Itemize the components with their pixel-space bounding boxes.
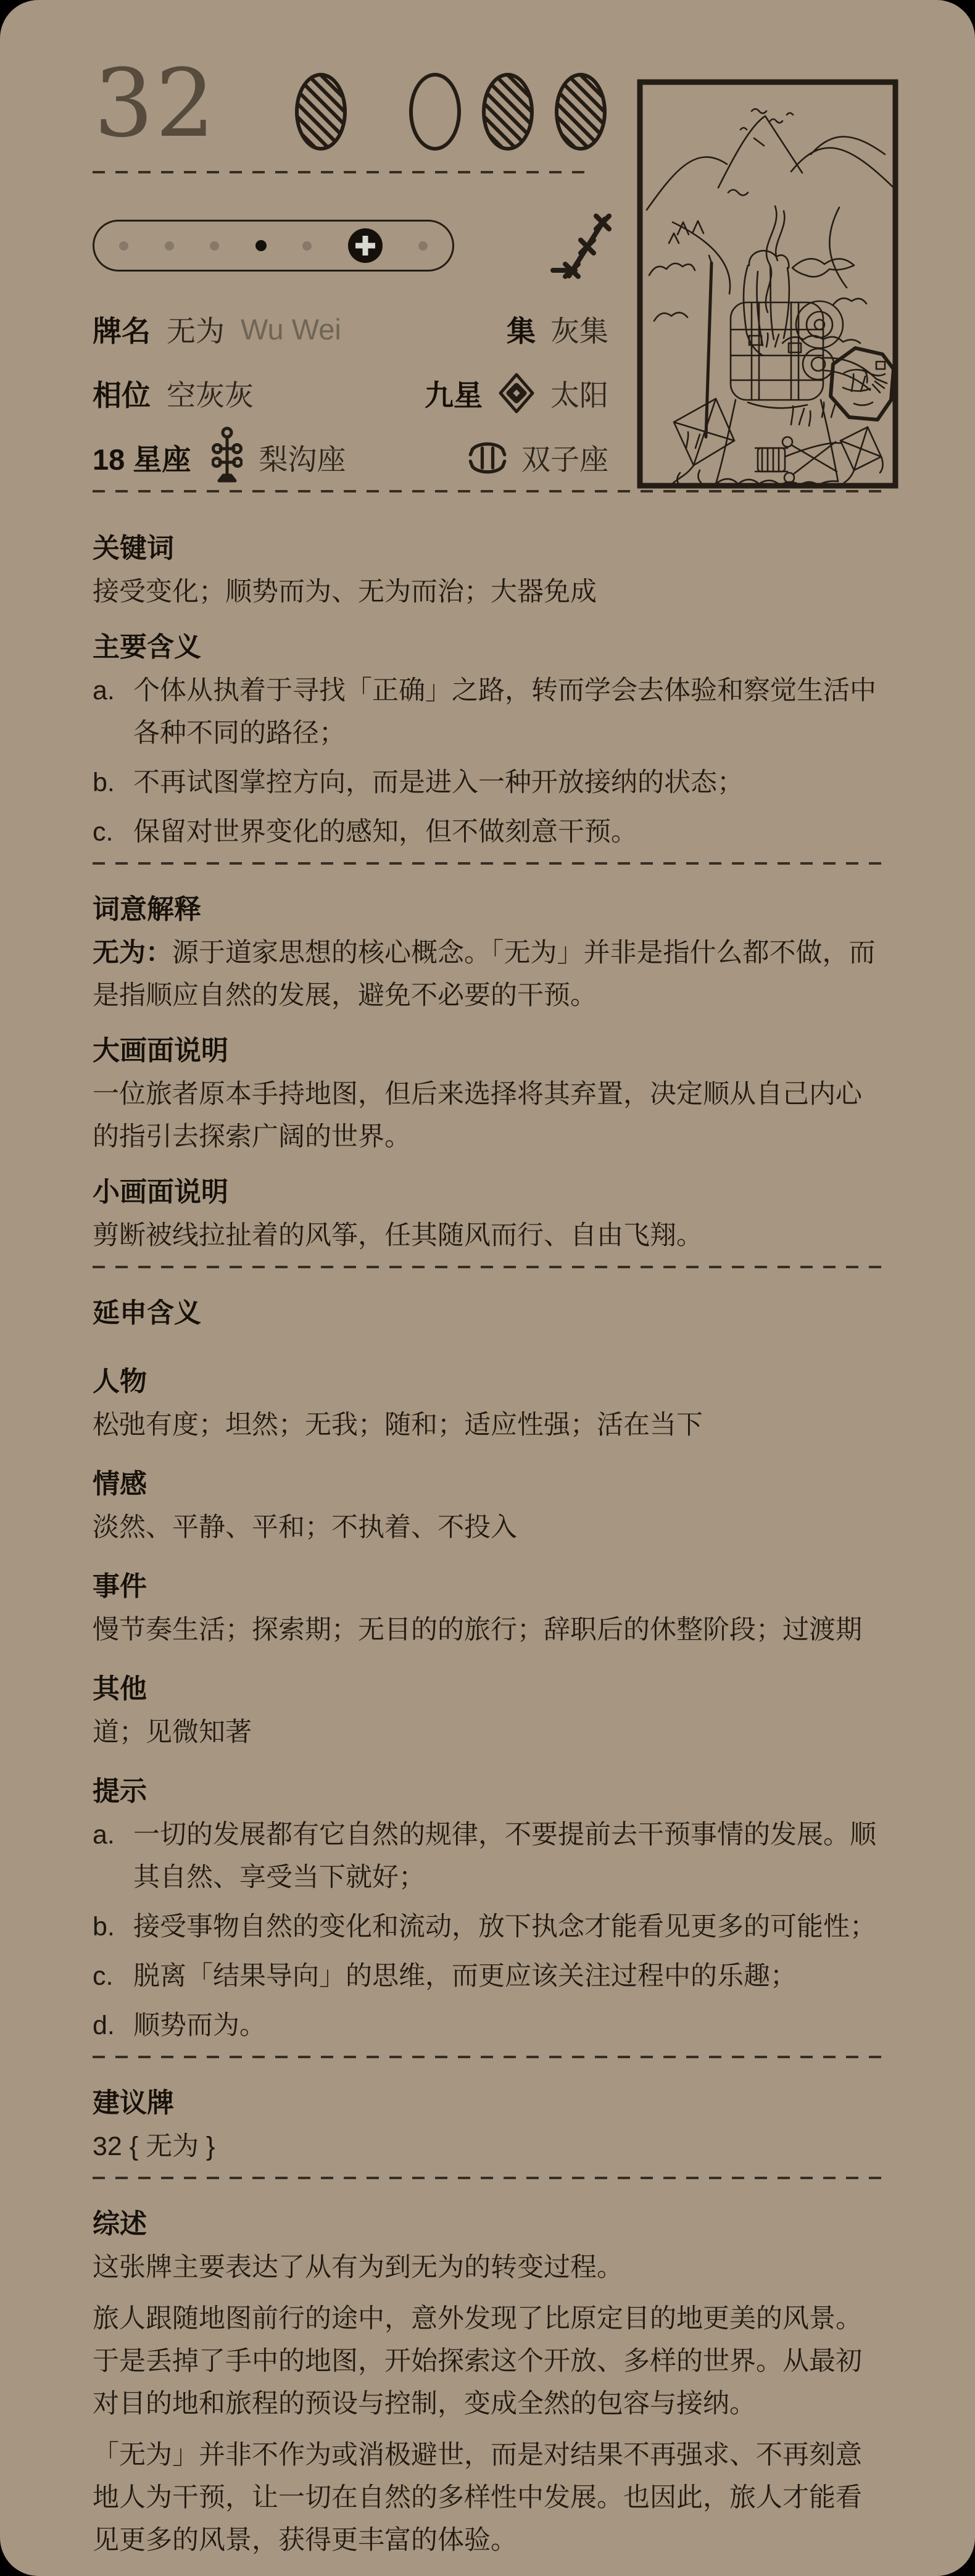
summary-paragraph: 这张牌主要表达了从有为到无为的转变过程。 [93,2246,882,2289]
phase-ellipse-hatched-icon [295,73,347,151]
other-title: 其他 [93,1668,882,1710]
word-meaning-text: 无为：源于道家思想的核心概念。「无为」并非是指什么都不做，而是指顺应自然的发展，… [93,932,882,1017]
list-item: a. 个体从执着于寻找「正确」之路，转而学会去体验和察觉生活中各种不同的路径； [93,670,882,755]
hints-title: 提示 [93,1770,882,1813]
name-label: 牌名 [93,309,151,350]
card-illustration [637,79,898,489]
level-slider[interactable] [93,220,454,272]
section-dashed-divider [93,2177,882,2179]
card-header: 32 [93,0,882,494]
suggestion-title: 建议牌 [93,2082,882,2124]
phase-ellipses [295,73,607,151]
list-item: a. 一切的发展都有它自然的规律，不要提前去干预事情的发展。顺其自然、享受当下就… [93,1814,882,1899]
small-picture-text: 剪断被线拉扯着的风筝，任其随风而行、自由飞翔。 [93,1215,882,1257]
extended-title: 延申含义 [93,1292,882,1334]
zodiac-value: 双子座 [521,437,608,478]
emotion-text: 淡然、平静、平和；不执着、不投入 [93,1506,882,1549]
list-item: d. 顺势而为。 [93,2005,882,2047]
plus-button[interactable] [348,228,383,263]
list-item: b. 接受事物自然的变化和流动，放下执念才能看见更多的可能性； [93,1906,882,1948]
slider-dot [210,241,219,251]
set-label: 集 [507,309,536,350]
card-body: 关键词 接受变化；顺势而为、无为而治；大器免成 主要含义 a. 个体从执着于寻找… [93,527,882,2562]
emotion-title: 情感 [93,1463,882,1505]
pear-branch-icon [212,426,243,488]
event-text: 慢节奏生活；探索期；无目的的旅行；辞职后的休整阶段；过渡期 [93,1609,882,1652]
section-dashed-divider [93,862,882,865]
main-meaning-title: 主要含义 [93,626,882,668]
other-text: 道；见微知著 [93,1711,882,1754]
word-meaning-title: 词意解释 [93,888,882,931]
section-dashed-divider [93,1266,882,1268]
slider-dot [119,241,128,251]
nine-star-label: 九星 [425,373,483,414]
phase-ellipse-hatched-icon [482,73,534,151]
small-picture-title: 小画面说明 [93,1171,882,1213]
section-dashed-divider [93,2056,882,2058]
tarot-card-sheet: 32 [0,0,975,2576]
summary-paragraph: 「无为」并非不作为或消极避世，而是对结果不再强求、不再刻意地人为干预，让一切在自… [93,2434,882,2562]
suggestion-text: 32 { 无为 } [93,2125,882,2168]
person-title: 人物 [93,1360,882,1403]
card-number: 32 [94,57,217,151]
field-row-aspect: 相位 空灰灰 九星 太阳 [93,373,608,413]
big-picture-title: 大画面说明 [93,1029,882,1072]
nine-star-icon [497,372,536,414]
gemini-icon [468,437,507,478]
phase-ellipse-outline-icon [409,73,461,151]
card-fields: 牌名 无为 Wu Wei 集 灰集 相位 空灰灰 九星 [93,309,608,501]
field-row-constellation: 18 星座 [93,437,608,478]
list-item: b. 不再试图掌控方向，而是进入一种开放接纳的状态； [93,762,882,804]
section-dashed-divider [93,490,882,492]
list-item: c. 保留对世界变化的感知，但不做刻意干预。 [93,811,882,854]
event-title: 事件 [93,1565,882,1608]
list-item: c. 脱离「结果导向」的思维，而更应该关注过程中的乐趣； [93,1955,882,1998]
phase-ellipse-hatched-icon [555,73,607,151]
slider-current-dot [255,240,267,251]
slider-dot [418,241,428,251]
summary-paragraph: 旅人跟随地图前行的途中，意外发现了比原定目的地更美的风景。于是丢掉了手中的地图，… [93,2298,882,2425]
name-value: 无为 [167,309,225,350]
aspect-value: 空灰灰 [167,373,254,414]
constellation-label: 18 星座 [93,437,191,478]
slider-dot [302,241,312,251]
slider-dot [165,241,174,251]
set-value: 灰集 [550,309,608,350]
word-meaning-term: 无为： [93,938,172,968]
person-text: 松弛有度；坦然；无我；随和；适应性强；活在当下 [93,1404,882,1447]
constellation-arrow-icon [550,211,612,283]
aspect-label: 相位 [93,373,151,414]
nine-star-value: 太阳 [550,373,608,414]
name-romanization: Wu Wei [241,312,341,346]
keywords-title: 关键词 [93,527,882,570]
field-row-name: 牌名 无为 Wu Wei 集 灰集 [93,309,608,349]
keywords-text: 接受变化；顺势而为、无为而治；大器免成 [93,571,882,613]
summary-title: 综述 [93,2203,882,2245]
big-picture-text: 一位旅者原本手持地图，但后来选择将其弃置，决定顺从自己内心的指引去探索广阔的世界… [93,1073,882,1158]
constellation-value: 梨沟座 [259,437,346,478]
header-dashed-divider [93,171,586,173]
